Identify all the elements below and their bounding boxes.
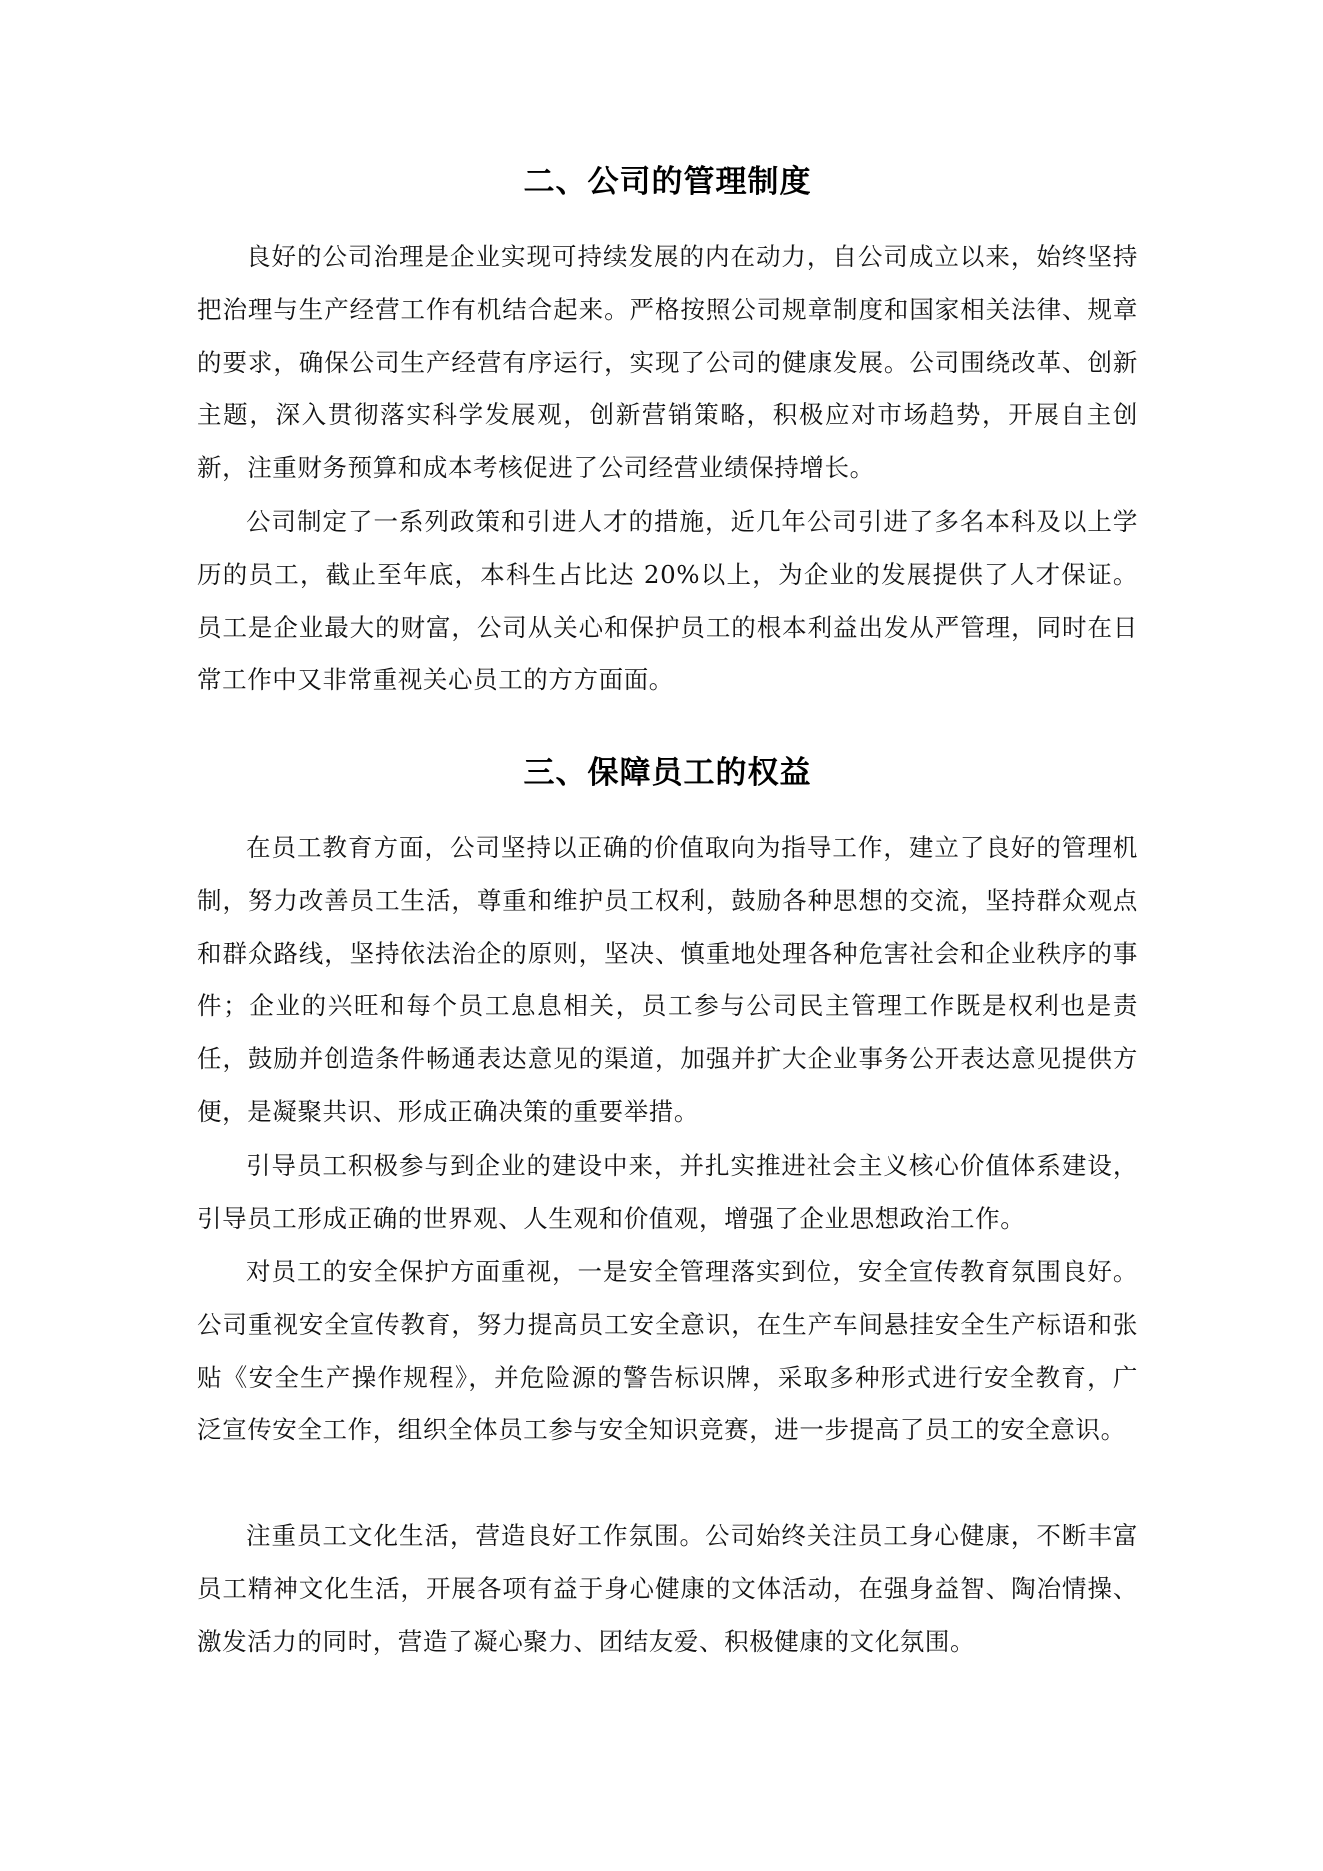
- paragraph-text: 公司制定了一系列政策和引进人才的措施，近几年公司引进了多名本科及以上学历的员工，…: [197, 496, 1138, 707]
- paragraph-corporate-governance: 良好的公司治理是企业实现可持续发展的内在动力，自公司成立以来，始终坚持把治理与生…: [197, 231, 1138, 495]
- paragraph-text: 注重员工文化生活，营造良好工作氛围。公司始终关注员工身心健康，不断丰富员工精神文…: [197, 1510, 1138, 1668]
- paragraph-text: 良好的公司治理是企业实现可持续发展的内在动力，自公司成立以来，始终坚持把治理与生…: [197, 231, 1138, 495]
- paragraph-safety-protection: 对员工的安全保护方面重视，一是安全管理落实到位，安全宣传教育氛围良好。公司重视安…: [197, 1246, 1138, 1457]
- section-heading-management-system: 二、公司的管理制度: [197, 156, 1138, 201]
- paragraph-employee-education: 在员工教育方面，公司坚持以正确的价值取向为指导工作，建立了良好的管理机制，努力改…: [197, 822, 1138, 1139]
- paragraph-core-values: 引导员工积极参与到企业的建设中来，并扎实推进社会主义核心价值体系建设，引导员工形…: [197, 1140, 1138, 1246]
- section-heading-employee-rights: 三、保障员工的权益: [197, 747, 1138, 792]
- paragraph-text: 对员工的安全保护方面重视，一是安全管理落实到位，安全宣传教育氛围良好。公司重视安…: [197, 1246, 1138, 1457]
- paragraph-talent-policy: 公司制定了一系列政策和引进人才的措施，近几年公司引进了多名本科及以上学历的员工，…: [197, 496, 1138, 707]
- paragraph-text: 引导员工积极参与到企业的建设中来，并扎实推进社会主义核心价值体系建设，引导员工形…: [197, 1140, 1138, 1246]
- paragraph-cultural-life: 注重员工文化生活，营造良好工作氛围。公司始终关注员工身心健康，不断丰富员工精神文…: [197, 1510, 1138, 1668]
- paragraph-text: 在员工教育方面，公司坚持以正确的价值取向为指导工作，建立了良好的管理机制，努力改…: [197, 822, 1138, 1139]
